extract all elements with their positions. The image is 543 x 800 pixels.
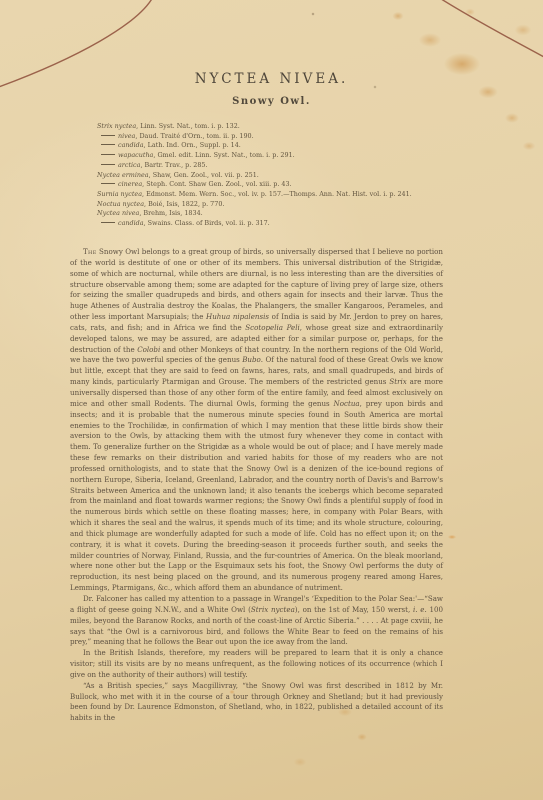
text-segment: , Edmonst. Mem. Wern. Soc., vol. iv. p. … bbox=[142, 190, 412, 198]
ditto-dash bbox=[101, 135, 115, 136]
page-curl-lines bbox=[0, 0, 543, 110]
body-paragraph: Dr. Falconer has called my attention to … bbox=[70, 594, 443, 648]
synonymy-entry: cinerea, Steph. Cont. Shaw Gen. Zool., v… bbox=[97, 180, 412, 190]
text-segment: Nyctea nivea bbox=[97, 209, 139, 217]
ditto-dash bbox=[101, 154, 115, 155]
text-segment: ), on the 1st of May, 150 werst, bbox=[295, 605, 413, 614]
body-paragraph: “As a British species,” says Macgillivra… bbox=[70, 681, 443, 724]
ditto-dash bbox=[101, 144, 115, 145]
text-segment: , Gmel. edit. Linn. Syst. Nat., tom. i. … bbox=[153, 151, 294, 159]
text-segment: Scotopelia Peli bbox=[245, 323, 300, 332]
body-paragraph: The Snowy Owl belongs to a great group o… bbox=[70, 247, 443, 594]
text-segment: Strix nyctea bbox=[97, 122, 136, 130]
synonymy-entry: candida, Lath. Ind. Orn., Suppl. p. 14. bbox=[97, 141, 412, 151]
text-segment: Bubo bbox=[242, 355, 261, 364]
text-segment: , Swains. Class. of Birds, vol. ii. p. 3… bbox=[144, 219, 270, 227]
text-segment: In the British Islands, therefore, my re… bbox=[70, 648, 443, 679]
text-segment: Strix nyctea bbox=[251, 605, 295, 614]
scanned-page: NYCTEA NIVEA. Snowy Owl. Strix nyctea, L… bbox=[0, 0, 543, 800]
text-segment: , Steph. Cont. Shaw Gen. Zool., vol. xii… bbox=[142, 180, 291, 188]
page-subtitle: Snowy Owl. bbox=[0, 96, 543, 107]
text-segment: Snowy Owl belongs to a great group of bi… bbox=[70, 247, 443, 321]
page-curl-line-right bbox=[438, 0, 543, 58]
ditto-dash bbox=[101, 222, 115, 223]
text-segment: , Daud. Traité d'Orn., tom. ii. p. 190. bbox=[135, 132, 253, 140]
synonymy-entry: Nyctea erminea, Shaw, Gen. Zool., vol. v… bbox=[97, 171, 412, 181]
text-segment: Noctua nyctea bbox=[97, 200, 144, 208]
text-segment: candida bbox=[118, 141, 144, 149]
text-segment: candida bbox=[118, 219, 144, 227]
text-segment: Colobi bbox=[137, 345, 160, 354]
synonymy-list: Strix nyctea, Linn. Syst. Nat., tom. i. … bbox=[97, 122, 412, 229]
text-segment: , Bartr. Trav., p. 285. bbox=[140, 161, 207, 169]
text-segment: arctica bbox=[118, 161, 140, 169]
text-segment: i. e. bbox=[413, 605, 427, 614]
text-segment: Strix bbox=[389, 377, 406, 386]
synonymy-entry: Surnia nyctea, Edmonst. Mem. Wern. Soc.,… bbox=[97, 190, 412, 200]
page-title: NYCTEA NIVEA. bbox=[0, 71, 543, 87]
synonymy-entry: wapacutha, Gmel. edit. Linn. Syst. Nat.,… bbox=[97, 151, 412, 161]
text-segment: , Linn. Syst. Nat., tom. i. p. 132. bbox=[136, 122, 240, 130]
text-segment: nivea bbox=[118, 132, 135, 140]
synonymy-entry: Nyctea nivea, Brehm, Isis, 1834. bbox=[97, 209, 412, 219]
synonymy-entry: Strix nyctea, Linn. Syst. Nat., tom. i. … bbox=[97, 122, 412, 132]
text-segment: wapacutha bbox=[118, 151, 153, 159]
body-text: The Snowy Owl belongs to a great group o… bbox=[70, 247, 443, 724]
text-segment: cinerea bbox=[118, 180, 142, 188]
ditto-dash bbox=[101, 183, 115, 184]
ditto-dash bbox=[101, 164, 115, 165]
synonymy-entry: arctica, Bartr. Trav., p. 285. bbox=[97, 161, 412, 171]
text-segment: Nyctea erminea bbox=[97, 171, 149, 179]
text-segment: , prey upon birds and insects; and it is… bbox=[70, 399, 443, 592]
text-segment: “As a British species,” says Macgillivra… bbox=[70, 681, 443, 723]
text-segment: Noctua bbox=[334, 399, 360, 408]
body-paragraph: In the British Islands, therefore, my re… bbox=[70, 648, 443, 681]
text-segment: , Lath. Ind. Orn., Suppl. p. 14. bbox=[144, 141, 241, 149]
synonymy-entry: Noctua nyctea, Boié, Isis, 1822, p. 770. bbox=[97, 200, 412, 210]
text-segment: The bbox=[83, 247, 97, 256]
text-segment: , Boié, Isis, 1822, p. 770. bbox=[144, 200, 224, 208]
text-segment: , Shaw, Gen. Zool., vol. vii. p. 251. bbox=[149, 171, 259, 179]
synonymy-entry: candida, Swains. Class. of Birds, vol. i… bbox=[97, 219, 412, 229]
synonymy-entry: nivea, Daud. Traité d'Orn., tom. ii. p. … bbox=[97, 132, 412, 142]
text-segment: Surnia nyctea bbox=[97, 190, 142, 198]
text-segment: Huhua nipalensis bbox=[206, 312, 269, 321]
text-segment: , Brehm, Isis, 1834. bbox=[139, 209, 202, 217]
